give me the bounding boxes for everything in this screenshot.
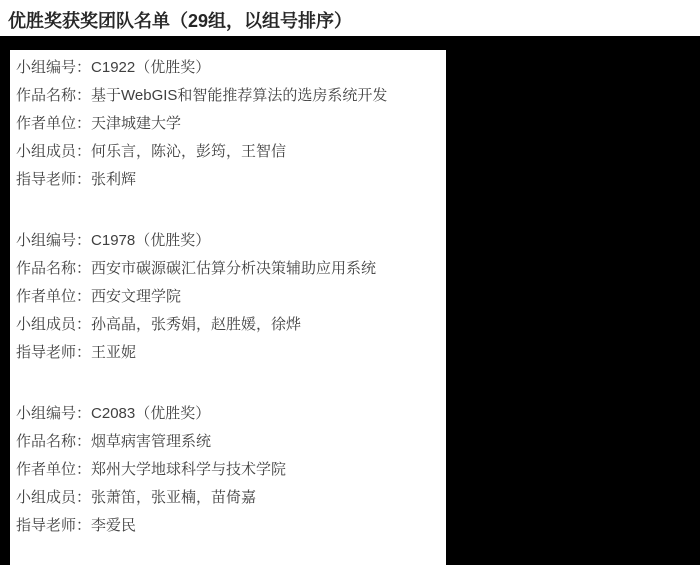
work-title-value: 西安市碳源碳汇估算分析决策辅助应用系统 (91, 260, 376, 277)
team-entry: 小组编号：C2083（优胜奖） 作品名称：烟草病害管理系统 作者单位：郑州大学地… (16, 400, 446, 540)
team-advisor-line: 指导老师：张利辉 (16, 166, 446, 194)
group-no-label: 小组编号： (16, 405, 91, 422)
work-title-label: 作品名称： (16, 433, 91, 450)
members-label: 小组成员： (16, 316, 91, 333)
team-members-line: 小组成员：孙高晶，张秀娟，赵胜媛，徐烨 (16, 311, 446, 339)
affiliation-label: 作者单位： (16, 115, 91, 132)
work-title-label: 作品名称： (16, 87, 91, 104)
affiliation-value: 天津城建大学 (91, 115, 181, 132)
members-value: 何乐言，陈沁，彭筠，王智信 (91, 143, 286, 160)
team-group-no-line: 小组编号：C2083（优胜奖） (16, 400, 446, 428)
group-no-label: 小组编号： (16, 232, 91, 249)
work-title-value: 烟草病害管理系统 (91, 433, 211, 450)
award-list-document: 小组编号：C1922（优胜奖） 作品名称：基于WebGIS和智能推荐算法的选房系… (10, 50, 446, 565)
team-group-no-line: 小组编号：C1922（优胜奖） (16, 54, 446, 82)
members-value: 孙高晶，张秀娟，赵胜媛，徐烨 (91, 316, 301, 333)
team-group-no-line: 小组编号：C1978（优胜奖） (16, 227, 446, 255)
affiliation-label: 作者单位： (16, 288, 91, 305)
advisor-value: 张利辉 (91, 171, 136, 188)
advisor-value: 李爱民 (91, 517, 136, 534)
team-members-line: 小组成员：张萧笛，张亚楠，苗倚嘉 (16, 484, 446, 512)
advisor-label: 指导老师： (16, 517, 91, 534)
team-affiliation-line: 作者单位：西安文理学院 (16, 283, 446, 311)
page-title: 优胜奖获奖团队名单（29组，以组号排序） (8, 7, 352, 33)
affiliation-value: 西安文理学院 (91, 288, 181, 305)
team-affiliation-line: 作者单位：天津城建大学 (16, 110, 446, 138)
affiliation-label: 作者单位： (16, 461, 91, 478)
work-title-value: 基于WebGIS和智能推荐算法的选房系统开发 (91, 87, 387, 104)
team-advisor-line: 指导老师：李爱民 (16, 512, 446, 540)
team-work-title-line: 作品名称：西安市碳源碳汇估算分析决策辅助应用系统 (16, 255, 446, 283)
members-label: 小组成员： (16, 489, 91, 506)
advisor-label: 指导老师： (16, 171, 91, 188)
advisor-value: 王亚妮 (91, 344, 136, 361)
team-entry: 小组编号：C1922（优胜奖） 作品名称：基于WebGIS和智能推荐算法的选房系… (16, 54, 446, 194)
team-work-title-line: 作品名称：基于WebGIS和智能推荐算法的选房系统开发 (16, 82, 446, 110)
members-value: 张萧笛，张亚楠，苗倚嘉 (91, 489, 256, 506)
team-members-line: 小组成员：何乐言，陈沁，彭筠，王智信 (16, 138, 446, 166)
group-no-value: C2083（优胜奖） (91, 405, 210, 422)
group-no-value: C1978（优胜奖） (91, 232, 210, 249)
group-no-label: 小组编号： (16, 59, 91, 76)
members-label: 小组成员： (16, 143, 91, 160)
affiliation-value: 郑州大学地球科学与技术学院 (91, 461, 286, 478)
team-entry: 小组编号：C1978（优胜奖） 作品名称：西安市碳源碳汇估算分析决策辅助应用系统… (16, 227, 446, 367)
page: 优胜奖获奖团队名单（29组，以组号排序） 小组编号：C1922（优胜奖） 作品名… (0, 0, 700, 565)
team-work-title-line: 作品名称：烟草病害管理系统 (16, 428, 446, 456)
group-no-value: C1922（优胜奖） (91, 59, 210, 76)
awards-screenshot-image: 小组编号：C1922（优胜奖） 作品名称：基于WebGIS和智能推荐算法的选房系… (0, 36, 700, 565)
team-advisor-line: 指导老师：王亚妮 (16, 339, 446, 367)
team-affiliation-line: 作者单位：郑州大学地球科学与技术学院 (16, 456, 446, 484)
work-title-label: 作品名称： (16, 260, 91, 277)
advisor-label: 指导老师： (16, 344, 91, 361)
